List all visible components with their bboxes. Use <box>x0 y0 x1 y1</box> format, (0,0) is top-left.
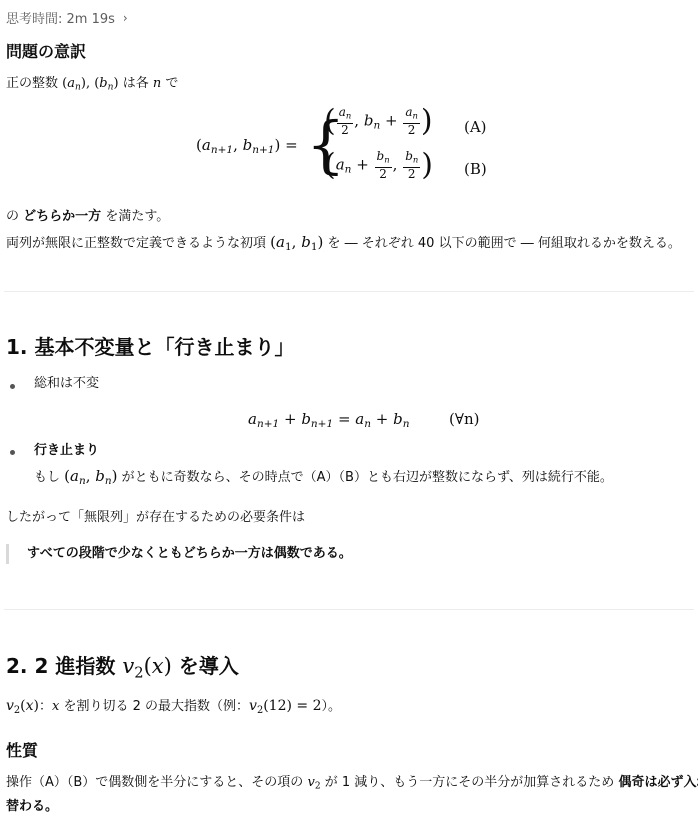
body-text: ）。 <box>321 699 341 714</box>
body-text: が 1 減り、もう一方にその半分が加算されるため <box>325 775 615 790</box>
thinking-time-toggle[interactable]: 思考時間: 2m 19s › <box>6 8 128 27</box>
math-seq-a: (an) <box>62 76 86 91</box>
v2-definition: v2(x)：x を割り切る 2 の最大指数（例：v2(12) = 2）。 <box>6 696 341 721</box>
math-n: n <box>153 76 161 91</box>
divider <box>4 291 694 292</box>
bullet-dead-end-title: 行き止まり <box>34 441 99 461</box>
intro-text: の <box>6 209 19 224</box>
equation-case-b: (an + bn2, bn2) <box>324 150 433 181</box>
equation-lhs: (an+1, bn+1) = <box>196 136 298 156</box>
section-heading-1: 1. 基本不変量と「行き止まり」 <box>6 331 294 360</box>
colon: ： <box>39 699 52 714</box>
heading-text: を導入 <box>179 654 239 678</box>
case-b-label: (B) <box>464 160 487 178</box>
recurrence-equation: (an+1, bn+1) = { (an2, bn + an2) (A) (an… <box>196 106 516 194</box>
invariant-equation: an+1 + bn+1 = an + bn (∀n) <box>248 410 479 430</box>
intro-line-1: 正の整数 (an), (bn) は各 n で <box>6 74 178 98</box>
intro-text: は各 <box>123 76 149 91</box>
intro-text: 正の整数 <box>6 76 58 91</box>
bullet-icon <box>10 450 15 455</box>
bullet-dead-end-body: もし (an, bn) がともに奇数なら、その時点で（A）（B）とも右辺が整数に… <box>34 466 613 491</box>
heading-text: 2. 2 進指数 <box>6 654 115 678</box>
math-x: x <box>52 699 59 714</box>
bold-text: 偶奇は必ず入れ <box>618 775 698 790</box>
body-text: 操作（A）（B）で偶数側を半分にすると、その項の <box>6 775 303 790</box>
intro-line-2: の どちらか一方 を満たす。 <box>6 207 169 227</box>
body-text: もし <box>34 470 60 485</box>
intro-text: 両列が無限に正整数で定義できるような初項 <box>6 236 266 251</box>
body-text: を割り切る 2 の最大指数（例： <box>64 699 250 714</box>
property-line-1: 操作（A）（B）で偶数側を半分にすると、その項の v2 が 1 減り、もう一方に… <box>6 773 698 797</box>
section-heading-intro: 問題の意訳 <box>6 39 86 62</box>
intro-line-3: 両列が無限に正整数で定義できるような初項 (a1, b1) を ― それぞれ 4… <box>6 232 681 257</box>
intro-text: で <box>165 76 178 91</box>
math-example: v2(12) = 2 <box>249 698 321 714</box>
body-text: がともに奇数なら、その時点で（A）（B）とも右辺が整数にならず、列は続行不能。 <box>122 470 613 485</box>
intro-text: を ― それぞれ 40 以下の範囲で ― 何組取れるかを数える。 <box>328 236 681 251</box>
property-line-2: 替わる。 <box>6 797 58 817</box>
forall-label: (∀n) <box>449 410 479 428</box>
property-heading: 性質 <box>6 738 38 761</box>
intro-text: を満たす。 <box>105 209 169 224</box>
math-v2x: v2(x) <box>122 654 171 678</box>
math-seq-b: (bn) <box>94 76 118 91</box>
divider <box>4 609 694 610</box>
math-initial-term: (a1, b1) <box>270 233 323 251</box>
bullet-total-invariant: 総和は不変 <box>34 374 99 394</box>
thinking-time-label: 思考時間: 2m 19s <box>6 8 115 27</box>
case-a-label: (A) <box>464 118 487 136</box>
math-v2x: v2(x) <box>6 698 39 714</box>
math-v2: v2 <box>307 775 320 790</box>
bullet-icon <box>10 384 15 389</box>
conclusion-text: したがって「無限列」が存在するための必要条件は <box>6 508 305 528</box>
section-heading-2: 2. 2 進指数 v2(x) を導入 <box>6 650 239 681</box>
math-pair: (an, bn) <box>64 467 117 485</box>
intro-bold-text: どちらか一方 <box>23 209 101 224</box>
blockquote-condition: すべての段階で少なくともどちらか一方は偶数である。 <box>6 544 352 564</box>
chevron-right-icon: › <box>123 11 128 25</box>
equation-case-a: (an2, bn + an2) <box>324 106 433 137</box>
